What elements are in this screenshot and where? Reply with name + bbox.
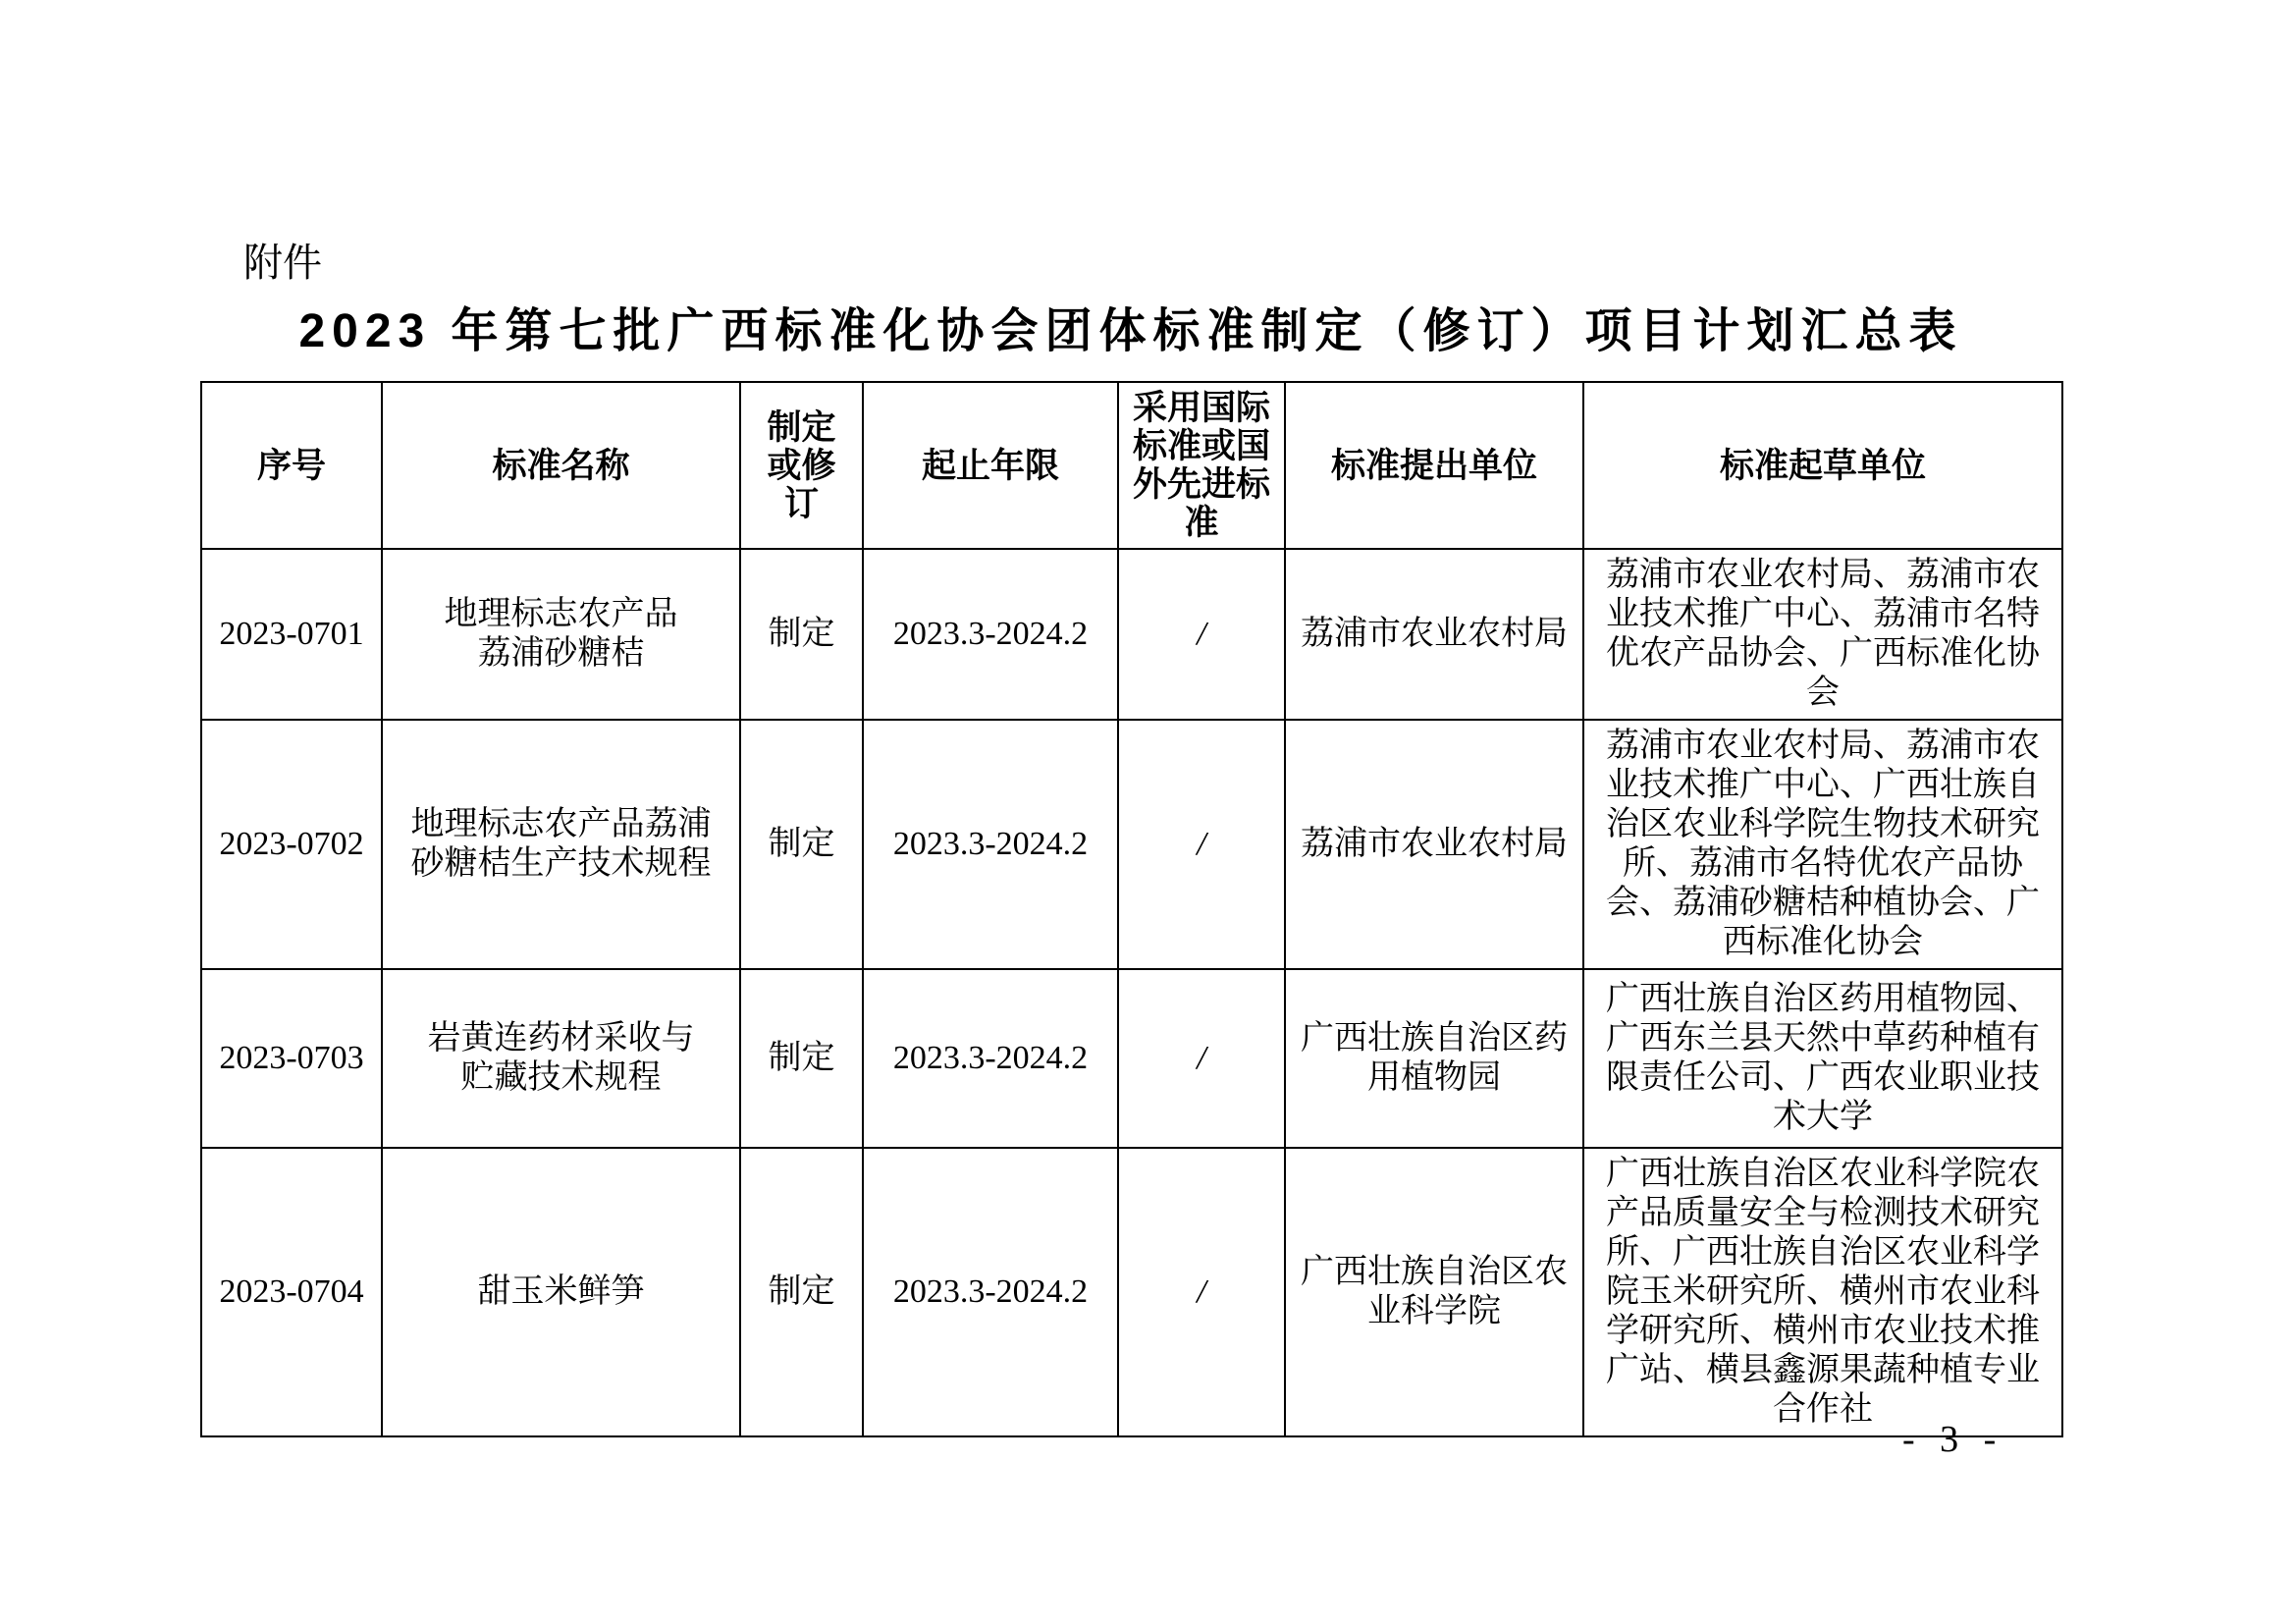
document-page: 附件 2023 年第七批广西标准化协会团体标准制定（修订）项目计划汇总表 序号 … xyxy=(0,0,2296,1624)
cell-drafting-unit: 广西壮族自治区农业科学院农产品质量安全与检测技术研究所、广西壮族自治区农业科学院… xyxy=(1583,1148,2062,1436)
cell-intl-standard: / xyxy=(1118,720,1285,969)
table-header-row: 序号 标准名称 制定或修订 起止年限 采用国际标准或国外先进标准 标准提出单位 … xyxy=(201,382,2062,549)
header-time-period: 起止年限 xyxy=(863,382,1118,549)
cell-serial-number: 2023-0702 xyxy=(201,720,382,969)
cell-proposing-unit: 荔浦市农业农村局 xyxy=(1285,720,1583,969)
cell-time-period: 2023.3-2024.2 xyxy=(863,969,1118,1148)
cell-drafting-unit: 荔浦市农业农村局、荔浦市农业技术推广中心、广西壮族自治区农业科学院生物技术研究所… xyxy=(1583,720,2062,969)
table-row: 2023-0701 地理标志农产品 荔浦砂糖桔 制定 2023.3-2024.2… xyxy=(201,549,2062,720)
attachment-label: 附件 xyxy=(243,238,322,289)
header-formulate-or-revise: 制定或修订 xyxy=(740,382,863,549)
cell-time-period: 2023.3-2024.2 xyxy=(863,720,1118,969)
cell-intl-standard: / xyxy=(1118,1148,1285,1436)
table-row: 2023-0702 地理标志农产品荔浦 砂糖桔生产技术规程 制定 2023.3-… xyxy=(201,720,2062,969)
header-intl-standard: 采用国际标准或国外先进标准 xyxy=(1118,382,1285,549)
cell-formulate-or-revise: 制定 xyxy=(740,549,863,720)
summary-table: 序号 标准名称 制定或修订 起止年限 采用国际标准或国外先进标准 标准提出单位 … xyxy=(200,381,2063,1437)
cell-proposing-unit: 广西壮族自治区药用植物园 xyxy=(1285,969,1583,1148)
cell-standard-name: 甜玉米鲜笋 xyxy=(382,1148,740,1436)
cell-drafting-unit: 荔浦市农业农村局、荔浦市农业技术推广中心、荔浦市名特优农产品协会、广西标准化协会 xyxy=(1583,549,2062,720)
header-standard-name: 标准名称 xyxy=(382,382,740,549)
cell-intl-standard: / xyxy=(1118,549,1285,720)
cell-proposing-unit: 荔浦市农业农村局 xyxy=(1285,549,1583,720)
table-row: 2023-0704 甜玉米鲜笋 制定 2023.3-2024.2 / 广西壮族自… xyxy=(201,1148,2062,1436)
cell-standard-name: 地理标志农产品 荔浦砂糖桔 xyxy=(382,549,740,720)
cell-time-period: 2023.3-2024.2 xyxy=(863,1148,1118,1436)
table-row: 2023-0703 岩黄连药材采收与 贮藏技术规程 制定 2023.3-2024… xyxy=(201,969,2062,1148)
header-serial-number: 序号 xyxy=(201,382,382,549)
cell-proposing-unit: 广西壮族自治区农业科学院 xyxy=(1285,1148,1583,1436)
cell-serial-number: 2023-0703 xyxy=(201,969,382,1148)
cell-time-period: 2023.3-2024.2 xyxy=(863,549,1118,720)
header-drafting-unit: 标准起草单位 xyxy=(1583,382,2062,549)
page-number: - 3 - xyxy=(1902,1418,2003,1461)
cell-formulate-or-revise: 制定 xyxy=(740,720,863,969)
header-proposing-unit: 标准提出单位 xyxy=(1285,382,1583,549)
cell-intl-standard: / xyxy=(1118,969,1285,1148)
cell-serial-number: 2023-0704 xyxy=(201,1148,382,1436)
cell-standard-name: 岩黄连药材采收与 贮藏技术规程 xyxy=(382,969,740,1148)
cell-serial-number: 2023-0701 xyxy=(201,549,382,720)
summary-table-container: 序号 标准名称 制定或修订 起止年限 采用国际标准或国外先进标准 标准提出单位 … xyxy=(200,381,2063,1437)
document-title: 2023 年第七批广西标准化协会团体标准制定（修订）项目计划汇总表 xyxy=(200,293,2061,360)
cell-formulate-or-revise: 制定 xyxy=(740,969,863,1148)
cell-standard-name: 地理标志农产品荔浦 砂糖桔生产技术规程 xyxy=(382,720,740,969)
cell-formulate-or-revise: 制定 xyxy=(740,1148,863,1436)
cell-drafting-unit: 广西壮族自治区药用植物园、广西东兰县天然中草药种植有限责任公司、广西农业职业技术… xyxy=(1583,969,2062,1148)
